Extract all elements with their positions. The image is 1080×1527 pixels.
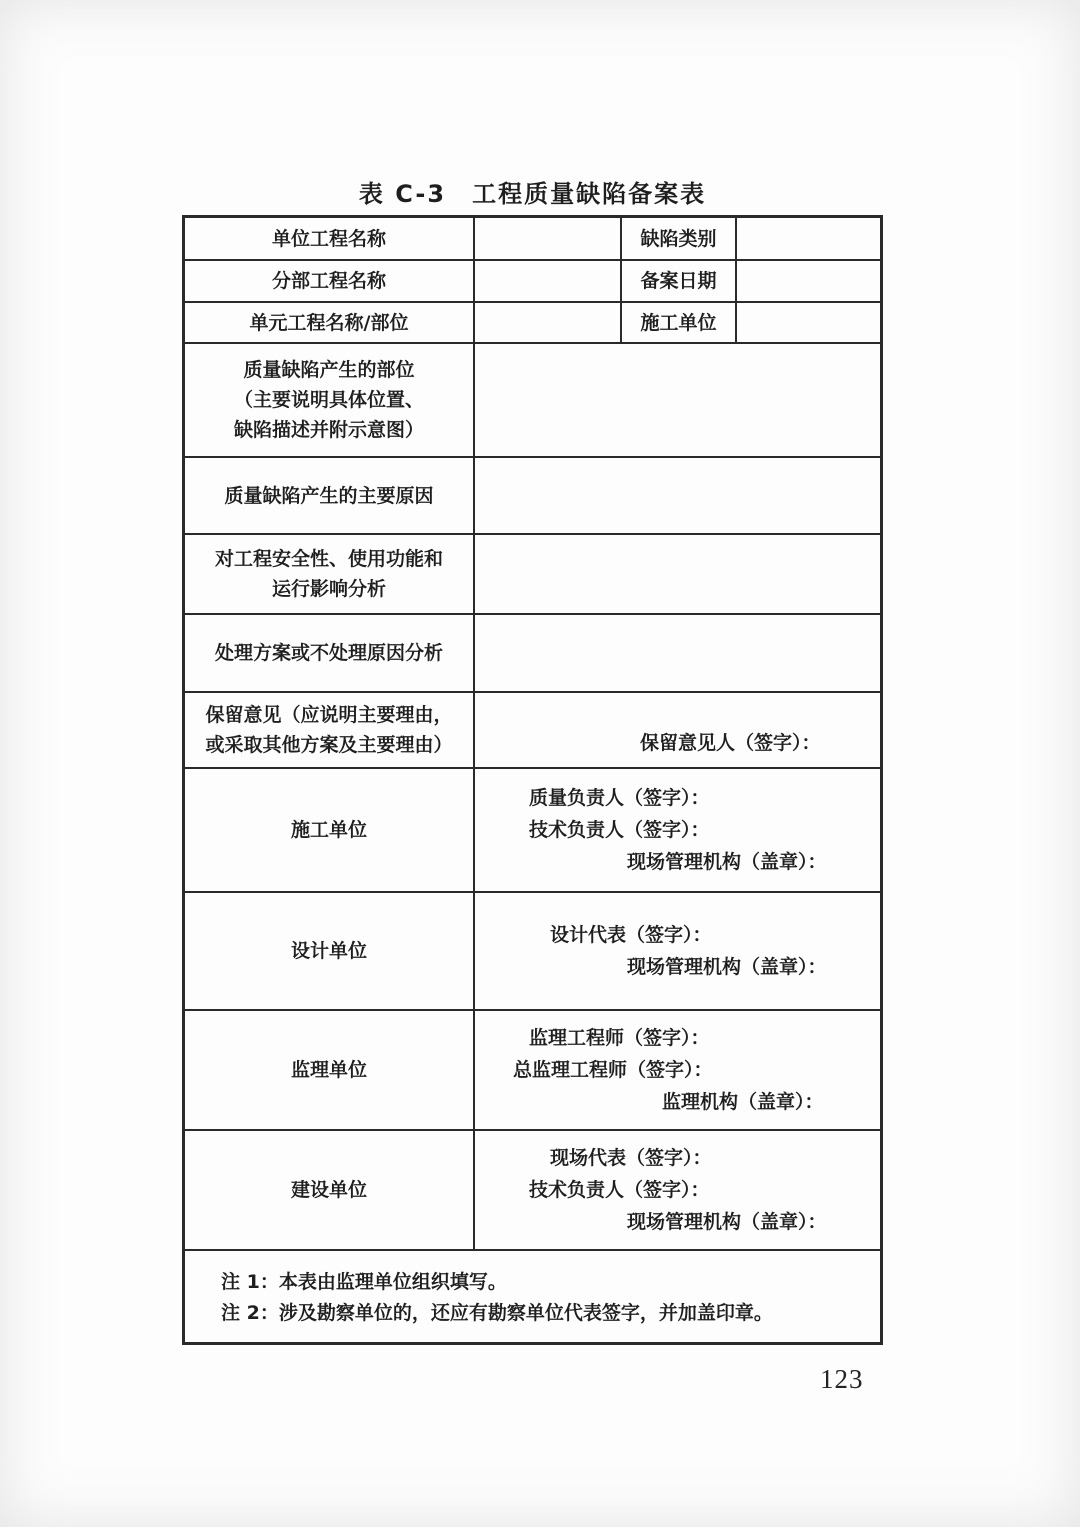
unit-project-name-value-cell [475,218,622,259]
reserved-opinion-signer-line: 保留意见人（签字）： [475,728,821,767]
table-row: 单位工程名称 缺陷类别 [185,218,880,261]
defect-main-cause-label: 质量缺陷产生的主要原因 [185,458,475,533]
owner-unit-sig-label: 建设单位 [185,1131,475,1249]
owner-unit-sig-cell: 现场代表（签字）： 技术负责人（签字）： 现场管理机构（盖章）： [475,1131,880,1249]
site-management-seal-line: 现场管理机构（盖章）： [475,1206,880,1238]
table-row: 设计单位 设计代表（签字）： 现场管理机构（盖章）： [185,893,880,1011]
construction-unit-sig-label: 施工单位 [185,769,475,891]
construction-unit-sig-cell: 质量负责人（签字）： 技术负责人（签字）： 现场管理机构（盖章）： [475,769,880,891]
treatment-plan-value-cell [475,615,880,691]
site-management-seal-line: 现场管理机构（盖章）： [475,846,880,878]
element-project-name-value-cell [475,303,622,342]
table-row: 处理方案或不处理原因分析 [185,615,880,693]
construction-unit-value-cell [737,303,880,342]
supervision-agency-seal-line: 监理机构（盖章）： [475,1086,880,1118]
table-row: 质量缺陷产生的主要原因 [185,458,880,535]
filing-date-label: 备案日期 [622,261,737,301]
chief-supervision-engineer-sign-line: 总监理工程师（签字）： [475,1054,880,1086]
division-project-name-value-cell [475,261,622,301]
safety-impact-analysis-label: 对工程安全性、使用功能和 运行影响分析 [185,535,475,613]
division-project-name-label: 分部工程名称 [185,261,475,301]
table-row: 分部工程名称 备案日期 [185,261,880,303]
defect-location-label: 质量缺陷产生的部位 （主要说明具体位置、 缺陷描述并附示意图） [185,344,475,456]
technical-manager-sign-line: 技术负责人（签字）： [475,814,880,846]
construction-unit-label: 施工单位 [622,303,737,342]
design-unit-sig-label: 设计单位 [185,893,475,1009]
site-representative-sign-line: 现场代表（签字）： [475,1142,880,1174]
supervision-unit-sig-cell: 监理工程师（签字）： 总监理工程师（签字）： 监理机构（盖章）： [475,1011,880,1129]
site-management-seal-line: 现场管理机构（盖章）： [475,951,880,983]
design-unit-sig-cell: 设计代表（签字）： 现场管理机构（盖章）： [475,893,880,1009]
filing-date-value-cell [737,261,880,301]
notes-cell: 注 1：本表由监理单位组织填写。 注 2：涉及勘察单位的，还应有勘察单位代表签字… [185,1251,880,1342]
supervision-engineer-sign-line: 监理工程师（签字）： [475,1022,880,1054]
quality-manager-sign-line: 质量负责人（签字）： [475,782,880,814]
table-row: 建设单位 现场代表（签字）： 技术负责人（签字）： 现场管理机构（盖章）： [185,1131,880,1251]
table-row: 保留意见（应说明主要理由， 或采取其他方案及主要理由） 保留意见人（签字）： [185,693,880,769]
defect-main-cause-value-cell [475,458,880,533]
note-1: 注 1：本表由监理单位组织填写。 [221,1267,870,1298]
reserved-opinion-signer-cell: 保留意见人（签字）： [475,693,880,767]
note-2: 注 2：涉及勘察单位的，还应有勘察单位代表签字，并加盖印章。 [221,1298,870,1329]
table-row-notes: 注 1：本表由监理单位组织填写。 注 2：涉及勘察单位的，还应有勘察单位代表签字… [185,1251,880,1342]
table-row: 对工程安全性、使用功能和 运行影响分析 [185,535,880,615]
technical-manager-sign-line: 技术负责人（签字）： [475,1174,880,1206]
unit-project-name-label: 单位工程名称 [185,218,475,259]
reserved-opinion-label: 保留意见（应说明主要理由， 或采取其他方案及主要理由） [185,693,475,767]
safety-impact-analysis-value-cell [475,535,880,613]
supervision-unit-sig-label: 监理单位 [185,1011,475,1129]
page-title: 表 C-3 工程质量缺陷备案表 [182,174,883,209]
table-row: 施工单位 质量负责人（签字）： 技术负责人（签字）： 现场管理机构（盖章）： [185,769,880,893]
scanned-document-page: 表 C-3 工程质量缺陷备案表 单位工程名称 缺陷类别 分部工程名称 备案日期 … [0,0,1080,1527]
defect-location-value-cell [475,344,880,456]
element-project-name-label: 单元工程名称/部位 [185,303,475,342]
table-row: 单元工程名称/部位 施工单位 [185,303,880,344]
defect-category-value-cell [737,218,880,259]
table-row: 质量缺陷产生的部位 （主要说明具体位置、 缺陷描述并附示意图） [185,344,880,458]
treatment-plan-label: 处理方案或不处理原因分析 [185,615,475,691]
defect-category-label: 缺陷类别 [622,218,737,259]
table-row: 监理单位 监理工程师（签字）： 总监理工程师（签字）： 监理机构（盖章）： [185,1011,880,1131]
design-representative-sign-line: 设计代表（签字）： [475,919,880,951]
page-number: 123 [820,1364,864,1395]
defect-filing-form-table: 单位工程名称 缺陷类别 分部工程名称 备案日期 单元工程名称/部位 施工单位 质… [182,215,883,1345]
